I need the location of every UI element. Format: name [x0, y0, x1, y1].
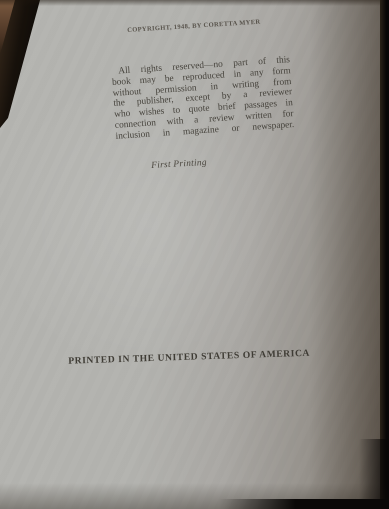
printed-text-layer: COPYRIGHT, 1948, BY CORETTA MYER All rig… [0, 0, 389, 509]
book-page-photo: COPYRIGHT, 1948, BY CORETTA MYER All rig… [0, 0, 389, 509]
copyright-notice: COPYRIGHT, 1948, BY CORETTA MYER [127, 17, 281, 34]
rights-reserved-paragraph: All rights reserved—no part of this book… [111, 55, 295, 142]
printed-in-usa-notice: PRINTED IN THE UNITED STATES OF AMERICA [60, 347, 318, 367]
first-printing-notice: First Printing [151, 156, 241, 171]
